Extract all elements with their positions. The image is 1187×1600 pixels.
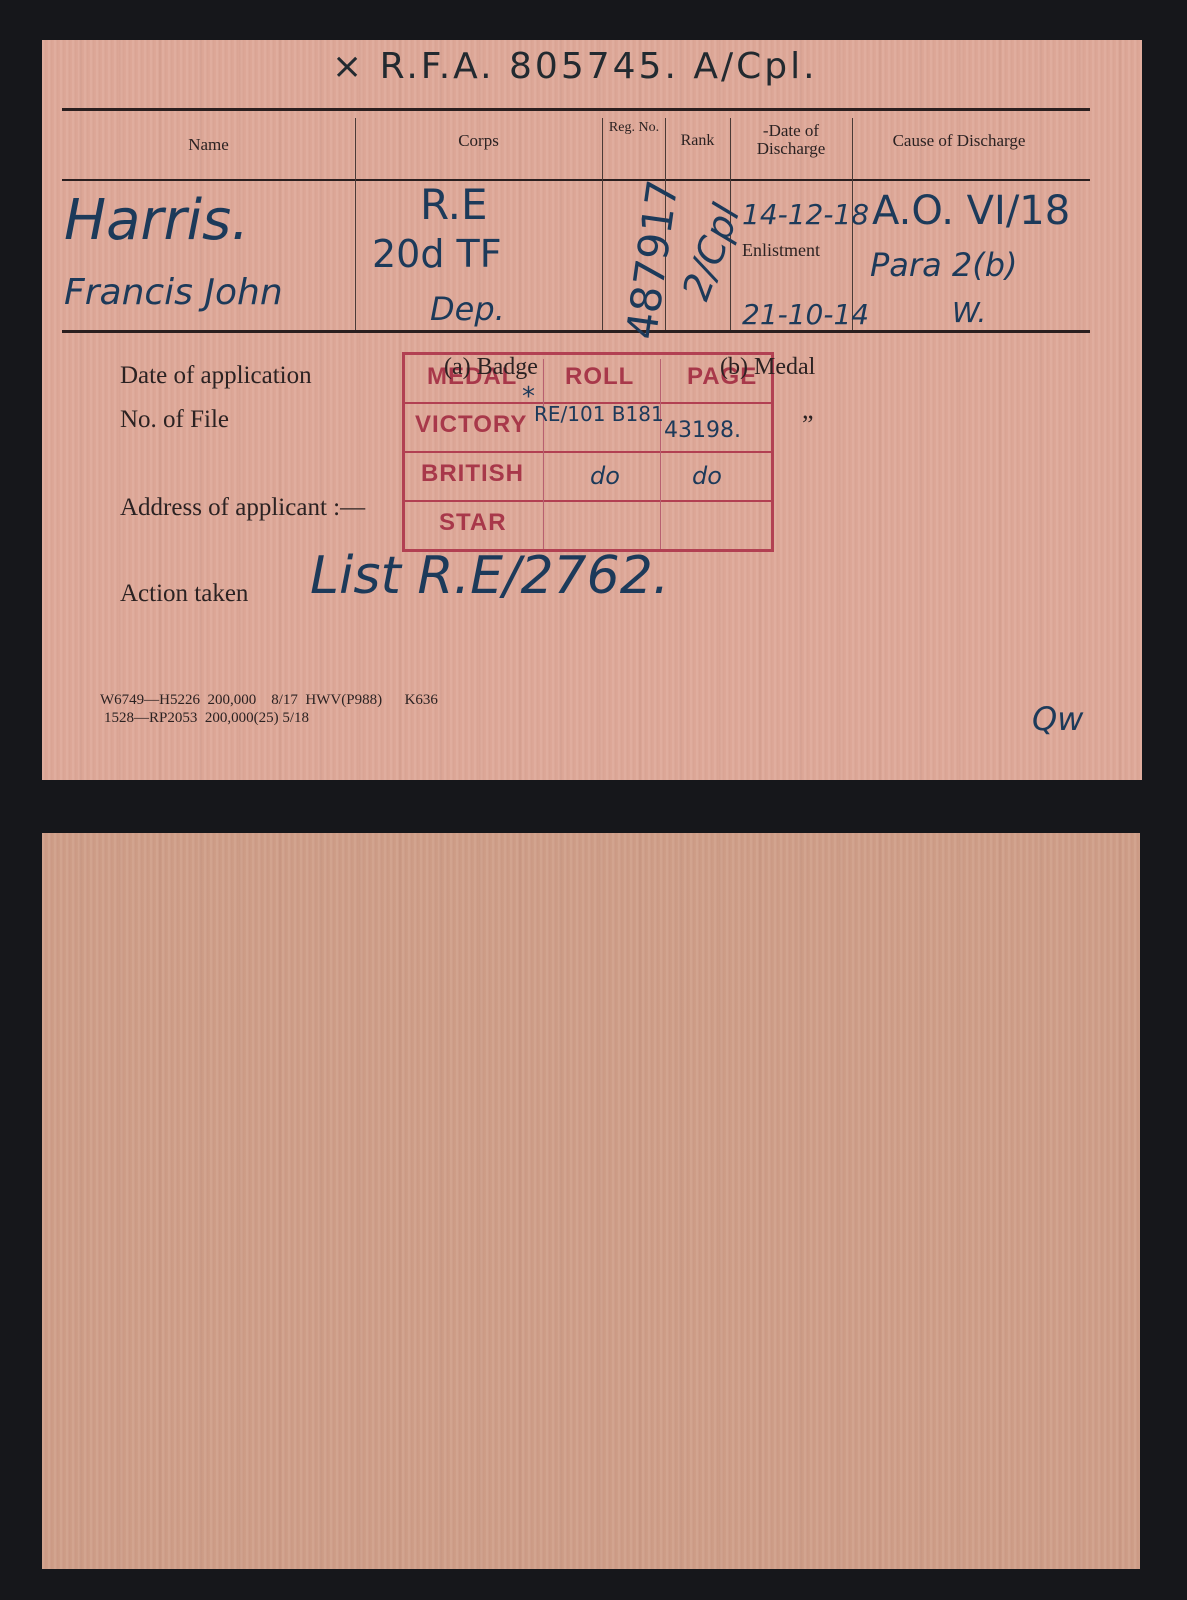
stamp-medal-star: STAR: [439, 509, 507, 537]
form-code-line-2: 1528—RP2053 200,000(25) 5/18: [104, 710, 309, 727]
label-action-taken: Action taken: [120, 580, 248, 608]
medal-roll-stamp: MEDAL ROLL PAGE VICTORY BRITISH STAR: [402, 352, 774, 552]
col-sep-corps-reg: [602, 118, 603, 330]
victory-page: 43198.: [664, 418, 741, 443]
discharge-date: 14-12-18: [742, 198, 869, 231]
header-date-of-discharge: -Date of Discharge: [732, 122, 850, 158]
form-code-line-1: W6749—H5226 200,000 8/17 HWV(P988) K636: [100, 692, 438, 709]
label-date-of-application: Date of application: [120, 362, 312, 390]
header-rank: Rank: [665, 132, 730, 150]
stamp-medal-british: BRITISH: [421, 460, 524, 488]
top-annotation: × R.F.A. 805745. A/Cpl.: [332, 46, 818, 87]
rank: 2/Cpl: [674, 198, 749, 305]
ditto-mark: ”: [802, 410, 814, 440]
header-bottom-rule: [62, 179, 1090, 181]
surname: Harris.: [64, 188, 249, 253]
british-roll: do: [590, 462, 620, 490]
stamp-col-divider: [660, 359, 661, 549]
victory-roll: RE/101 B181: [534, 402, 664, 426]
header-top-rule: [62, 108, 1090, 111]
record-bottom-rule: [62, 330, 1090, 333]
forenames: Francis John: [64, 272, 283, 313]
action-taken-value: List R.E/2762.: [310, 546, 669, 606]
british-page: do: [692, 462, 722, 490]
header-name: Name: [62, 136, 355, 154]
stamp-medal-victory: VICTORY: [415, 411, 527, 439]
cause-line-3: W.: [952, 296, 986, 329]
overprint-badge: (a) Badge: [444, 354, 538, 381]
enlistment-date: 21-10-14: [742, 298, 869, 331]
header-corps: Corps: [355, 132, 602, 150]
medal-card-back: [42, 833, 1140, 1569]
header-cause-of-discharge: Cause of Discharge: [854, 132, 1064, 150]
cause-line-1: A.O. VI/18: [872, 188, 1070, 234]
clerk-initials: Qw: [1032, 700, 1083, 738]
corps-line-2: 20d TF: [372, 232, 502, 276]
stamp-row-divider: [405, 451, 771, 453]
corps-line-1: R.E: [420, 180, 488, 229]
stamp-header-roll: ROLL: [565, 363, 634, 391]
header-reg-no: Reg. No.: [608, 120, 660, 135]
stamp-col-divider: [543, 359, 544, 549]
overprint-medal: (b) Medal: [720, 354, 815, 381]
medal-card-front: × R.F.A. 805745. A/Cpl. Name Corps Reg. …: [42, 40, 1142, 780]
label-no-of-file: No. of File: [120, 406, 229, 434]
label-address-of-applicant: Address of applicant :—: [120, 494, 365, 522]
corps-line-3: Dep.: [430, 290, 505, 328]
stamp-row-divider: [405, 500, 771, 502]
cause-line-2: Para 2(b): [870, 246, 1017, 284]
reg-no: 487917: [617, 177, 688, 343]
enlistment-label: Enlistment: [742, 240, 820, 261]
